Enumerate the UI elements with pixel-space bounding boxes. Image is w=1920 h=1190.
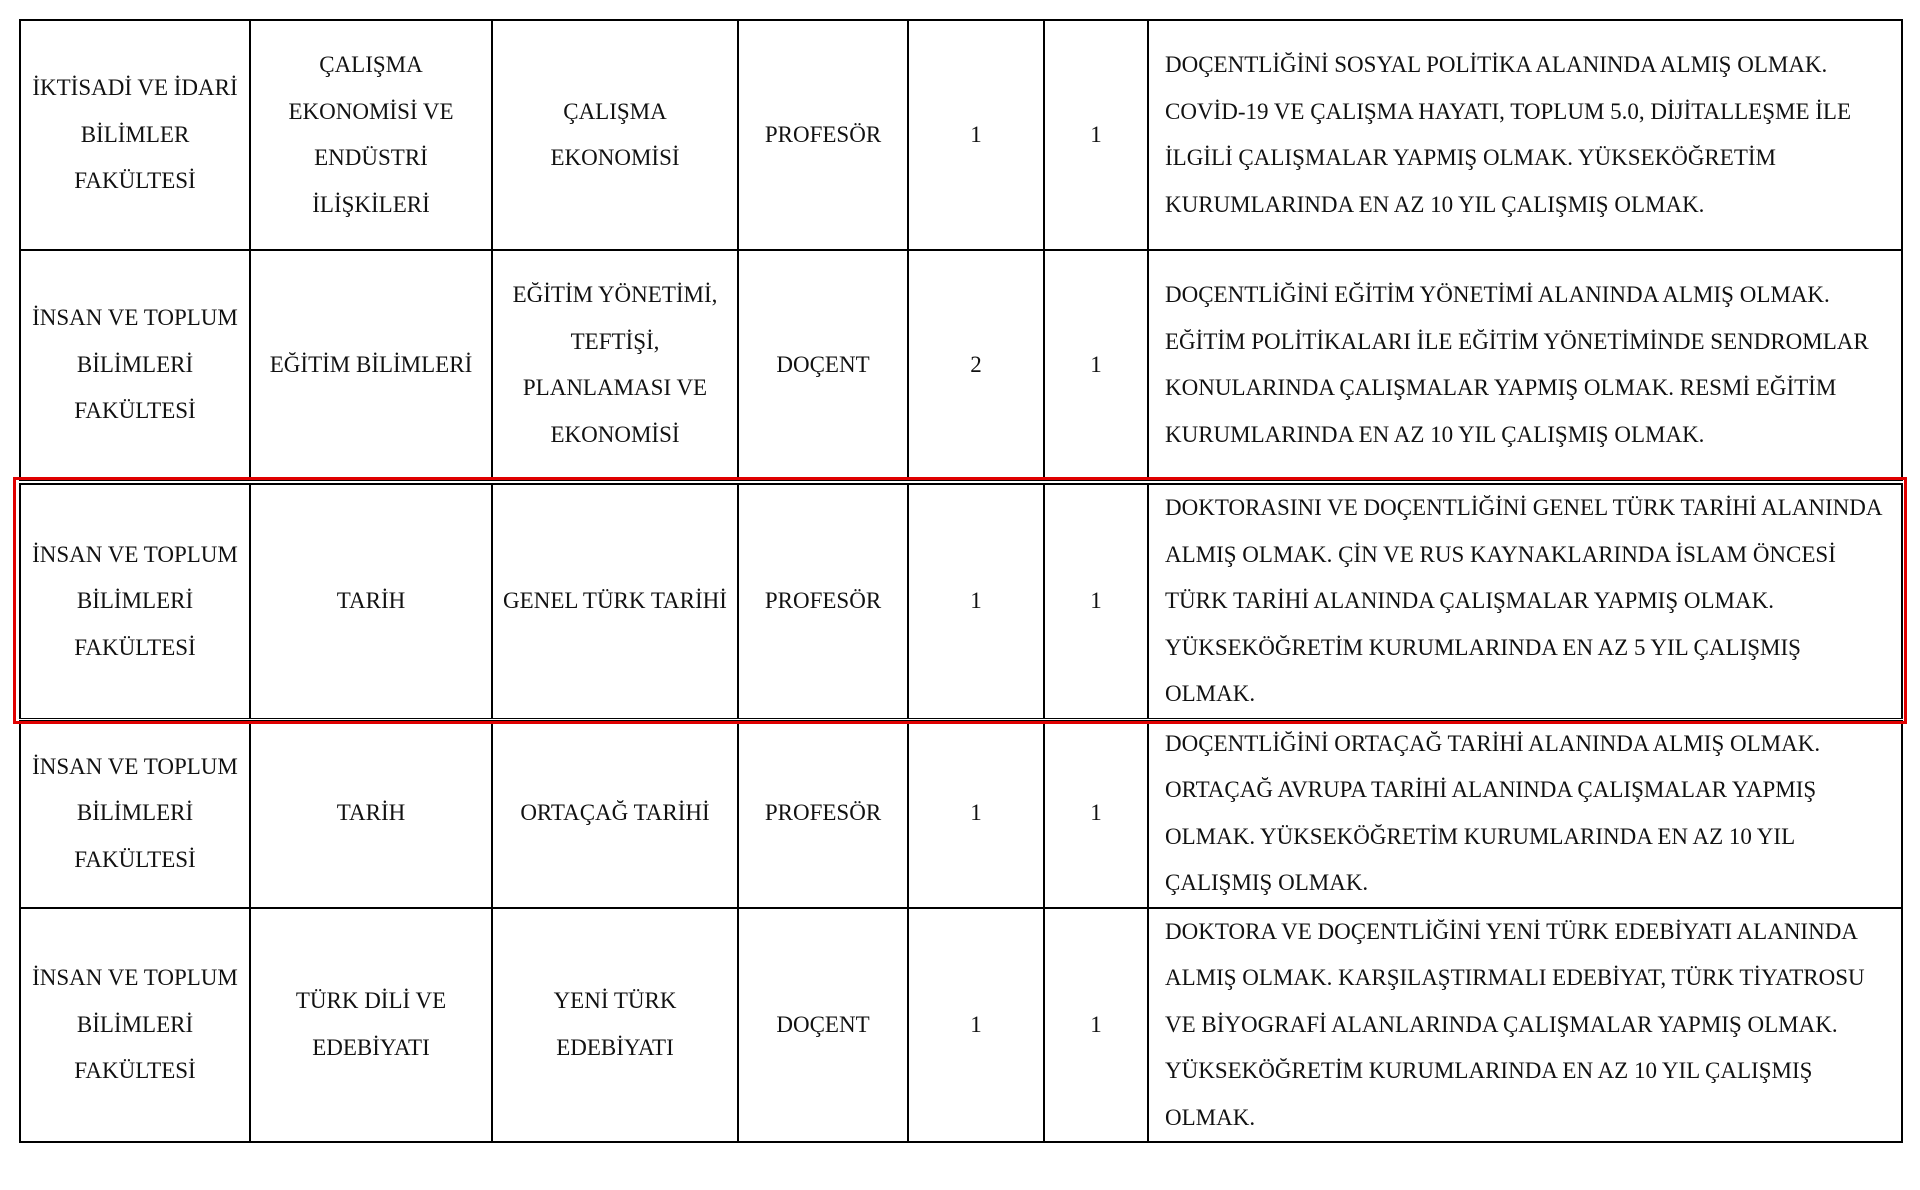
job-postings-table: İKTİSADİ VE İDARİ BİLİMLER FAKÜLTESİ ÇAL…: [19, 19, 1903, 1143]
division-cell: YENİ TÜRK EDEBİYATI: [492, 908, 738, 1143]
title-cell: PROFESÖR: [738, 482, 908, 719]
count-cell: 1: [1044, 482, 1148, 719]
faculty-cell: İNSAN VE TOPLUM BİLİMLERİ FAKÜLTESİ: [20, 482, 250, 719]
requirements-cell: DOÇENTLİĞİNİ EĞİTİM YÖNETİMİ ALANINDA AL…: [1148, 250, 1902, 482]
table-row-highlighted: İNSAN VE TOPLUM BİLİMLERİ FAKÜLTESİ TARİ…: [20, 482, 1902, 719]
title-cell: DOÇENT: [738, 908, 908, 1143]
table-row: İNSAN VE TOPLUM BİLİMLERİ FAKÜLTESİ EĞİT…: [20, 250, 1902, 482]
requirements-cell: DOKTORASINI VE DOÇENTLİĞİNİ GENEL TÜRK T…: [1148, 482, 1902, 719]
degree-cell: 1: [908, 908, 1044, 1143]
department-cell: TÜRK DİLİ VE EDEBİYATI: [250, 908, 492, 1143]
count-cell: 1: [1044, 719, 1148, 908]
count-cell: 1: [1044, 908, 1148, 1143]
division-cell: GENEL TÜRK TARİHİ: [492, 482, 738, 719]
degree-cell: 1: [908, 20, 1044, 250]
faculty-cell: İNSAN VE TOPLUM BİLİMLERİ FAKÜLTESİ: [20, 719, 250, 908]
division-cell: EĞİTİM YÖNETİMİ, TEFTİŞİ, PLANLAMASI VE …: [492, 250, 738, 482]
table-row: İKTİSADİ VE İDARİ BİLİMLER FAKÜLTESİ ÇAL…: [20, 20, 1902, 250]
title-cell: DOÇENT: [738, 250, 908, 482]
degree-cell: 2: [908, 250, 1044, 482]
requirements-cell: DOKTORA VE DOÇENTLİĞİNİ YENİ TÜRK EDEBİY…: [1148, 908, 1902, 1143]
department-cell: TARİH: [250, 482, 492, 719]
department-cell: TARİH: [250, 719, 492, 908]
division-cell: ORTAÇAĞ TARİHİ: [492, 719, 738, 908]
faculty-cell: İNSAN VE TOPLUM BİLİMLERİ FAKÜLTESİ: [20, 908, 250, 1143]
requirements-cell: DOÇENTLİĞİNİ SOSYAL POLİTİKA ALANINDA AL…: [1148, 20, 1902, 250]
title-cell: PROFESÖR: [738, 20, 908, 250]
title-cell: PROFESÖR: [738, 719, 908, 908]
table-row: İNSAN VE TOPLUM BİLİMLERİ FAKÜLTESİ TÜRK…: [20, 908, 1902, 1143]
department-cell: EĞİTİM BİLİMLERİ: [250, 250, 492, 482]
degree-cell: 1: [908, 482, 1044, 719]
faculty-cell: İKTİSADİ VE İDARİ BİLİMLER FAKÜLTESİ: [20, 20, 250, 250]
division-cell: ÇALIŞMA EKONOMİSİ: [492, 20, 738, 250]
department-cell: ÇALIŞMA EKONOMİSİ VE ENDÜSTRİ İLİŞKİLERİ: [250, 20, 492, 250]
count-cell: 1: [1044, 250, 1148, 482]
count-cell: 1: [1044, 20, 1148, 250]
degree-cell: 1: [908, 719, 1044, 908]
requirements-cell: DOÇENTLİĞİNİ ORTAÇAĞ TARİHİ ALANINDA ALM…: [1148, 719, 1902, 908]
faculty-cell: İNSAN VE TOPLUM BİLİMLERİ FAKÜLTESİ: [20, 250, 250, 482]
table-row: İNSAN VE TOPLUM BİLİMLERİ FAKÜLTESİ TARİ…: [20, 719, 1902, 908]
